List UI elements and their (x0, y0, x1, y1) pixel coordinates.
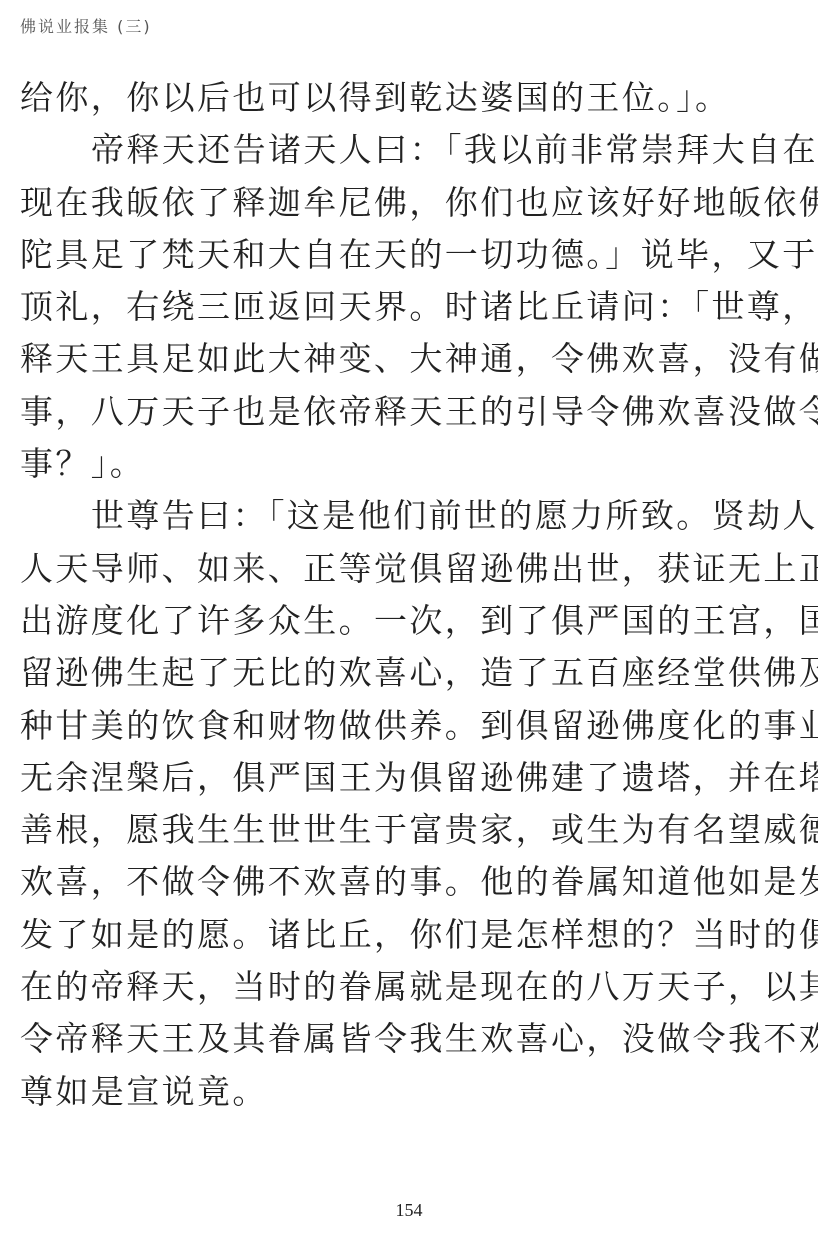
text-line: 顶礼，右绕三匝返回天界。时诸比丘请问：「世尊，以何因缘帝 (20, 281, 802, 333)
running-header-title: 佛说业报集 (三) (20, 14, 152, 37)
text-line: 善根，愿我生生世世生于富贵家，或生为有名望威德的天人，令佛 (20, 804, 802, 856)
text-line: 发了如是的愿。诸比丘，你们是怎样想的？当时的俱严国王就是现 (20, 909, 802, 961)
text-line: 事？」。 (20, 438, 802, 490)
text-line: 在的帝释天，当时的眷属就是现在的八万天子，以其愿力成熟故， (20, 961, 802, 1013)
text-line: 留逊佛生起了无比的欢喜心，造了五百座经堂供佛及僧，并常以各 (20, 647, 802, 699)
text-line: 种甘美的饮食和财物做供养。到俱留逊佛度化的事业显现圆满，取 (20, 700, 802, 752)
text-line: 帝释天还告诸天人曰：「我以前非常崇拜大自在天和梵天，而 (20, 124, 802, 176)
text-line: 事，八万天子也是依帝释天王的引导令佛欢喜没做令佛不欢喜的 (20, 386, 802, 438)
text-line: 世尊告曰：「这是他们前世的愿力所致。贤劫人寿四万岁时， (20, 490, 802, 542)
text-line: 给你，你以后也可以得到乾达婆国的王位。」。 (20, 72, 802, 124)
text-line: 尊如是宣说竟。 (20, 1066, 802, 1118)
text-line: 欢喜，不做令佛不欢喜的事。他的眷属知道他如是发愿后，也同样 (20, 856, 802, 908)
text-line: 出游度化了许多众生。一次，到了俱严国的王宫，国王和眷属对俱 (20, 595, 802, 647)
text-line: 人天导师、如来、正等觉俱留逊佛出世，获证无上正等觉后，先后 (20, 543, 802, 595)
text-line: 无余涅槃后，俱严国王为俱留逊佛建了遗塔，并在塔前发愿：以此 (20, 752, 802, 804)
text-line: 令帝释天王及其眷属皆令我生欢喜心，没做令我不欢喜的事。」世 (20, 1013, 802, 1065)
body-text: 给你，你以后也可以得到乾达婆国的王位。」。 帝释天还告诸天人曰：「我以前非常崇拜… (20, 72, 802, 1118)
text-line: 现在我皈依了释迦牟尼佛，你们也应该好好地皈依佛陀。因为，佛 (20, 177, 802, 229)
text-line: 释天王具足如此大神变、大神通，令佛欢喜，没有做令佛不欢喜的 (20, 333, 802, 385)
text-line: 陀具足了梵天和大自在天的一切功德。」说毕，又于世尊足下再三 (20, 229, 802, 281)
page-number: 154 (0, 1200, 818, 1221)
